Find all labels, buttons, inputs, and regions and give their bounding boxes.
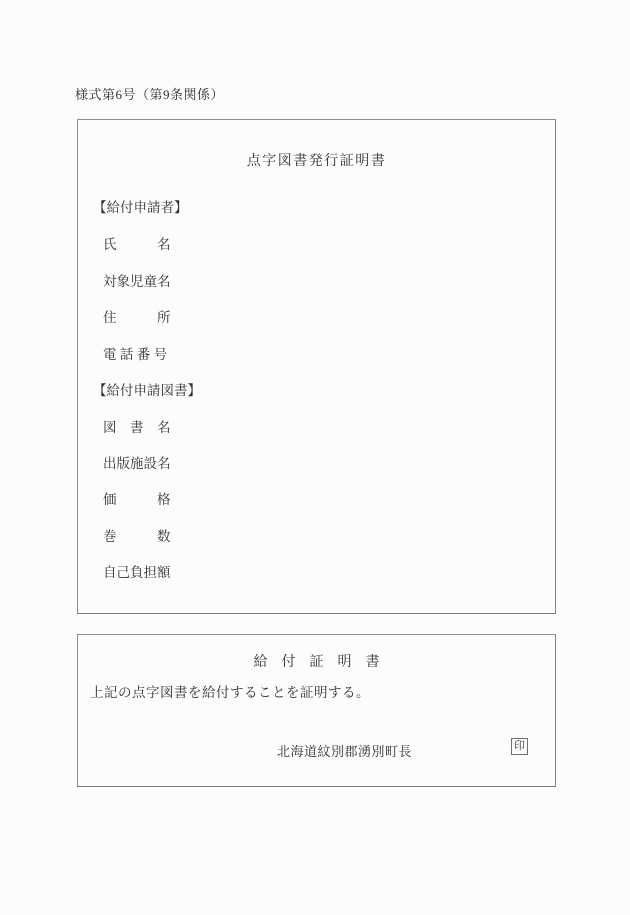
book-section-heading: 【給付申請図書】 xyxy=(93,379,201,399)
form-number-label: 様式第6号（第9条関係） xyxy=(75,84,224,103)
certificate-box: 点字図書発行証明書 【給付申請者】 氏 名 対象児童名 住 所 電 話 番 号 … xyxy=(77,119,556,614)
field-label-name: 氏 名 xyxy=(103,233,171,253)
document-page: 様式第6号（第9条関係） 点字図書発行証明書 【給付申請者】 氏 名 対象児童名… xyxy=(0,0,630,915)
issue-certificate-title: 給 付 証 明 書 xyxy=(78,651,555,671)
field-label-book-title: 図 書 名 xyxy=(103,416,171,436)
field-label-phone-number: 電 話 番 号 xyxy=(103,343,167,363)
field-label-volume-count: 巻 数 xyxy=(103,525,171,545)
field-label-self-payment-amount: 自己負担額 xyxy=(103,561,171,581)
mayor-signature-line: 北海道紋別郡湧別町長 xyxy=(277,741,412,760)
applicant-section-heading: 【給付申請者】 xyxy=(93,196,188,216)
seal-mark: 印 xyxy=(511,738,528,755)
certificate-title: 点字図書発行証明書 xyxy=(78,150,555,170)
issue-certificate-box: 給 付 証 明 書 上記の点字図書を給付することを証明する。 北海道紋別郡湧別町… xyxy=(77,634,556,787)
field-label-address: 住 所 xyxy=(103,306,171,326)
field-label-price: 価 格 xyxy=(103,488,171,508)
issue-statement-text: 上記の点字図書を給付することを証明する。 xyxy=(90,681,370,701)
field-label-publisher-name: 出版施設名 xyxy=(103,452,171,472)
field-label-target-child-name: 対象児童名 xyxy=(103,270,171,290)
